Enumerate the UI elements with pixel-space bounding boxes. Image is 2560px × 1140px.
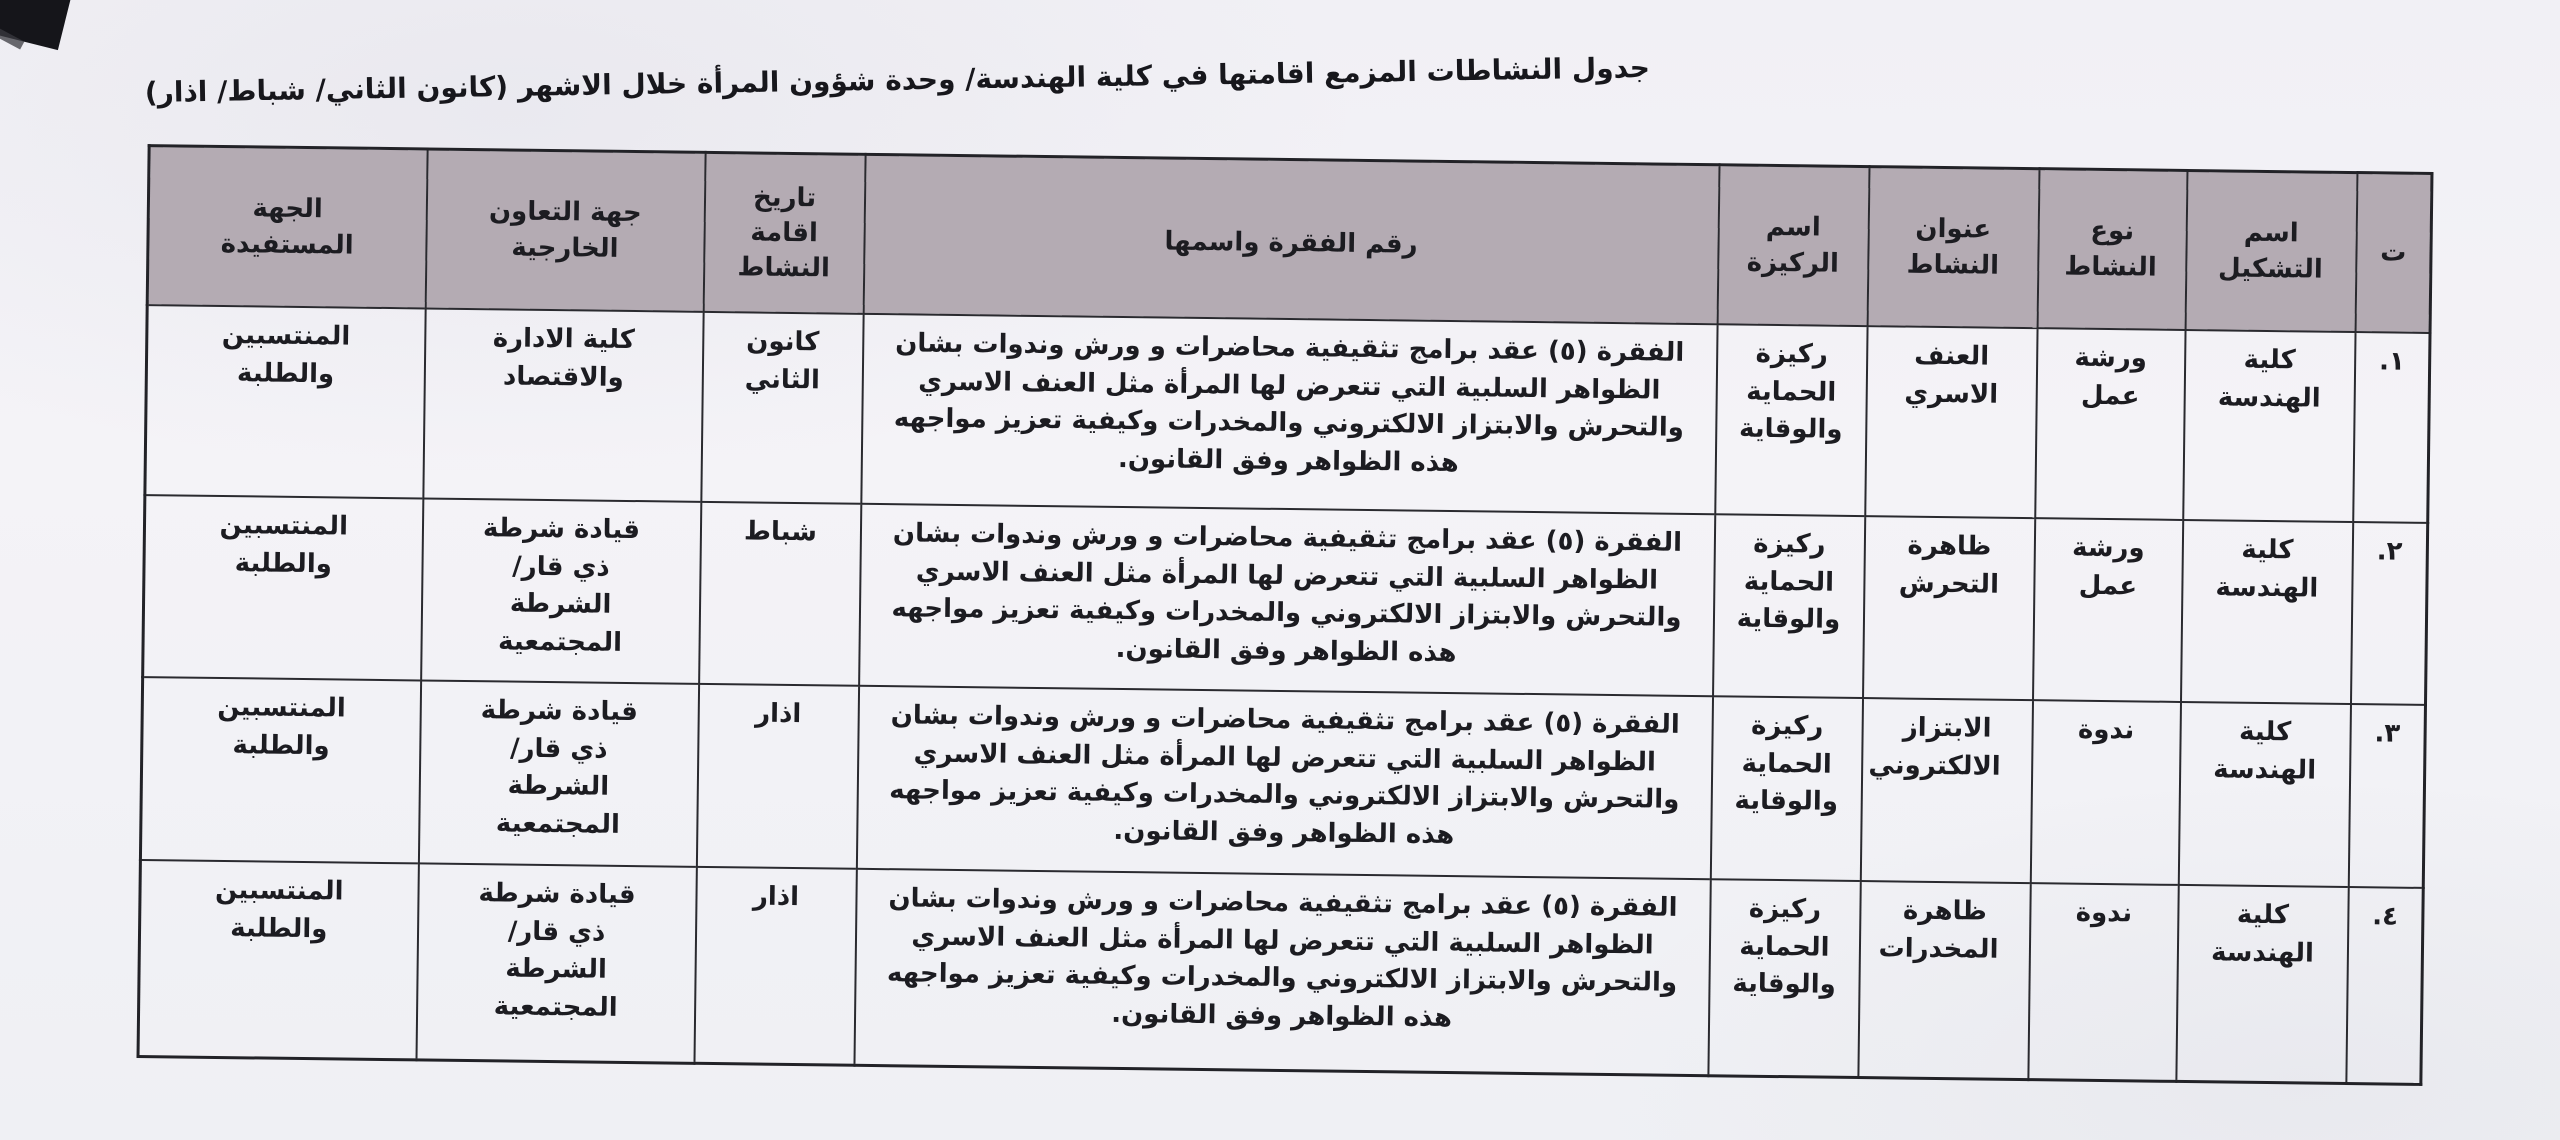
cell-activity-title: العنف الاسري <box>1865 326 2037 518</box>
header-beneficiary: الجهة المستفيدة <box>147 146 427 309</box>
cell-beneficiary: المنتسبين والطلبة <box>145 305 425 498</box>
cell-partner: كلية الادارة والاقتصاد <box>423 308 703 501</box>
header-pillar: اسم الركيزة <box>1717 165 1869 326</box>
cell-date: شباط <box>699 502 861 686</box>
cell-formation: كلية الهندسة <box>2183 330 2355 522</box>
cell-activity-title: ظاهرة المخدرات <box>1858 881 2030 1079</box>
cell-activity-title: الابتزاز الالكتروني <box>1860 698 2032 883</box>
cell-formation: كلية الهندسة <box>2178 702 2350 887</box>
cell-date: اذار <box>694 867 856 1065</box>
cell-pillar: ركيزة الحماية والوقاية <box>1708 879 1860 1077</box>
header-partner: جهة التعاون الخارجية <box>425 149 705 312</box>
cell-date: اذار <box>696 684 858 869</box>
header-paragraph: رقم الفقرة واسمها <box>863 154 1719 324</box>
cell-beneficiary: المنتسبين والطلبة <box>140 677 420 863</box>
table-header-row: ت اسم التشكيل نوع النشاط عنوان النشاط اس… <box>147 146 2432 333</box>
cell-pillar: ركيزة الحماية والوقاية <box>1710 696 1862 881</box>
header-activity-type: نوع النشاط <box>2037 169 2187 330</box>
header-activity-title: عنوان النشاط <box>1867 167 2039 329</box>
table-row: ١. كلية الهندسة ورشة عمل العنف الاسري رك… <box>145 305 2430 523</box>
cell-no: ٣. <box>2348 704 2425 888</box>
activities-table: ت اسم التشكيل نوع النشاط عنوان النشاط اس… <box>137 144 2434 1085</box>
table-row: ٢. كلية الهندسة ورشة عمل ظاهرة التحرش رك… <box>143 495 2428 705</box>
cell-no: ١. <box>2353 332 2430 523</box>
table-row: ٤. كلية الهندسة ندوة ظاهرة المخدرات ركيز… <box>138 860 2423 1084</box>
header-date: تاريخ اقامة النشاط <box>703 152 865 313</box>
cell-no: ٤. <box>2346 887 2423 1084</box>
header-formation: اسم التشكيل <box>2185 170 2357 332</box>
cell-partner: قيادة شرطة ذي قار/ الشرطة المجتمعية <box>418 680 698 866</box>
cell-formation: كلية الهندسة <box>2176 885 2348 1083</box>
scanned-document-page: { "document": { "title": "جدول النشاطات … <box>0 0 2560 1140</box>
cell-activity-type: ندوة <box>2028 883 2178 1081</box>
cell-activity-type: ندوة <box>2030 700 2180 885</box>
cell-paragraph: الفقرة (٥) عقد برامج تثقيفية محاضرات و و… <box>861 314 1717 514</box>
cell-activity-type: ورشة عمل <box>2033 518 2183 702</box>
cell-paragraph: الفقرة (٥) عقد برامج تثقيفية محاضرات و و… <box>854 869 1710 1075</box>
cell-formation: كلية الهندسة <box>2181 520 2353 704</box>
table-row: ٣. كلية الهندسة ندوة الابتزاز الالكتروني… <box>140 677 2425 888</box>
cell-beneficiary: المنتسبين والطلبة <box>143 495 423 680</box>
cell-activity-title: ظاهرة التحرش <box>1863 516 2035 700</box>
cell-pillar: ركيزة الحماية والوقاية <box>1713 514 1865 698</box>
document-title: جدول النشاطات المزمع اقامتها في كلية اله… <box>330 51 1650 106</box>
cell-paragraph: الفقرة (٥) عقد برامج تثقيفية محاضرات و و… <box>859 504 1715 696</box>
cell-no: ٢. <box>2350 522 2427 705</box>
cell-date: كانون الثاني <box>701 312 863 504</box>
header-no: ت <box>2355 173 2432 333</box>
cell-beneficiary: المنتسبين والطلبة <box>138 860 418 1059</box>
cell-pillar: ركيزة الحماية والوقاية <box>1715 324 1867 516</box>
cell-partner: قيادة شرطة ذي قار/ الشرطة المجتمعية <box>421 498 701 683</box>
cell-partner: قيادة شرطة ذي قار/ الشرطة المجتمعية <box>416 863 696 1062</box>
cell-paragraph: الفقرة (٥) عقد برامج تثقيفية محاضرات و و… <box>856 686 1712 879</box>
cell-activity-type: ورشة عمل <box>2035 328 2185 520</box>
